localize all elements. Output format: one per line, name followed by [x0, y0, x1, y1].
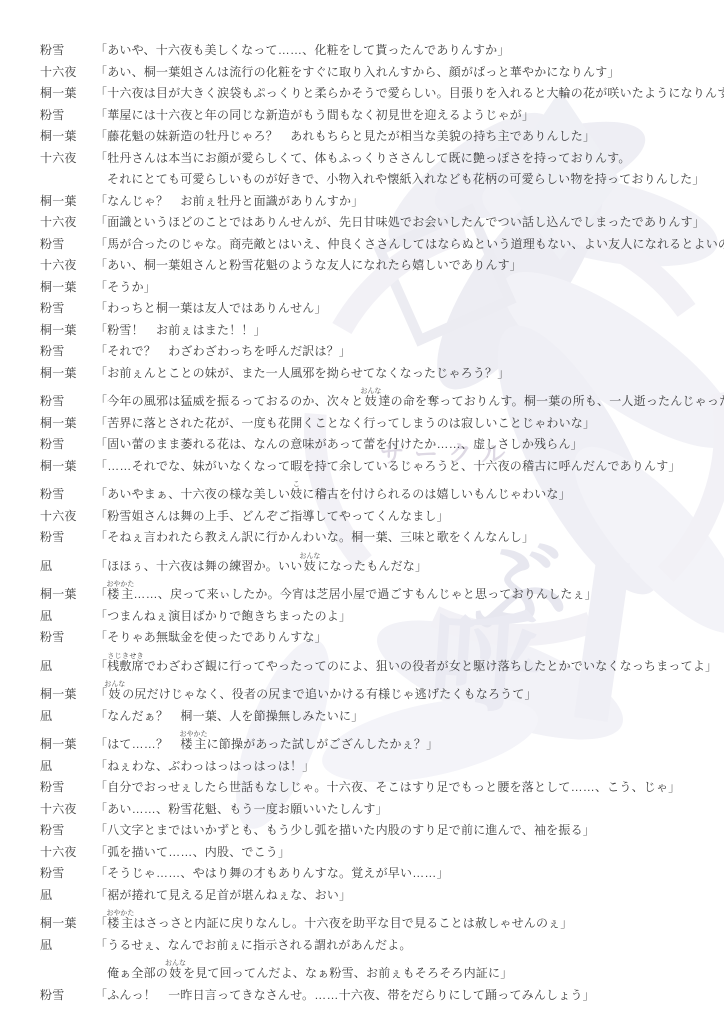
dialogue-row: 十六夜 「あい、桐一葉姐さんと粉雪花魁のような友人になれたら嬉しいでありんす」 [40, 259, 706, 273]
dialogue-row: 桐一葉 「妓おんなの尻だけじゃなく、役者の尻まで追いかける有様じゃ逃げたくもなろ… [40, 681, 706, 702]
script-page: ぶ 呼 サークル 粉雪 「あいや、十六夜も美しくなって……、化粧をして貰ったんで… [0, 0, 724, 1024]
dialogue-text: 「楼主おやかた……、戻って来ぃしたか。今宵は芝居小屋で過ごすもんじゃと思っており… [95, 581, 706, 602]
speaker-name: 粉雪 [40, 438, 95, 452]
dialogue-row: 桐一葉 「なんじゃ？ お前ぇ牡丹と面識がありんすか」 [40, 195, 706, 209]
speaker-name: 桐一葉 [40, 588, 95, 602]
furigana: 妓おんな [107, 687, 122, 701]
speaker-name: 十六夜 [40, 259, 95, 273]
speaker-name: 十六夜 [40, 66, 95, 80]
dialogue-row: 桐一葉 「苦界に落とされた花が、一度も花開くことなく行ってしまうのは寂しいことじ… [40, 417, 706, 431]
speaker-name: 粉雪 [40, 824, 95, 838]
dialogue-text: 「あいやまぁ、十六夜の様な美しい妓こに稽古を付けられるのは嬉しいもんじゃわいな」 [95, 481, 706, 502]
dialogue-text: 「粉雪姐さんは舞の上手、どんぞご指導してやってくんなまし」 [95, 510, 706, 524]
dialogue-row: 粉雪 「ふんっ！ 一昨日言ってきなさんせ。……十六夜、帯をだらりにして踊ってみん… [40, 989, 706, 1003]
speaker-name: 桐一葉 [40, 738, 95, 752]
speaker-name: 十六夜 [40, 803, 95, 817]
dialogue-text: 「なんじゃ？ お前ぇ牡丹と面識がありんすか」 [95, 195, 706, 209]
speaker-name: 凪 [40, 560, 95, 574]
speaker-name: 粉雪 [40, 345, 95, 359]
dialogue-row: 桐一葉 「藤花魁の妹新造の牡丹じゃろ？ あれもちらと見たが相当な美貌の持ち主であ… [40, 130, 706, 144]
dialogue-row: 粉雪 「あいや、十六夜も美しくなって……、化粧をして貰ったんでありんすか」 [40, 44, 706, 58]
speaker-name: 桐一葉 [40, 917, 95, 931]
speaker-name: 桐一葉 [40, 130, 95, 144]
dialogue-text: 「牡丹さんは本当にお顔が愛らしくて、体もふっくりささんして既に艶っぽさを持ってお… [95, 152, 706, 166]
dialogue-text: 「ふんっ！ 一昨日言ってきなさんせ。……十六夜、帯をだらりにして踊ってみんしょう… [95, 989, 706, 1003]
speaker-name: 粉雪 [40, 109, 95, 123]
dialogue-row: 粉雪 「それで？ わざわざわっちを呼んだ訳は？」 [40, 345, 706, 359]
dialogue-row: 凪 「うるせぇ、なんでお前ぇに指示される謂れがあんだよ。 [40, 939, 706, 953]
dialogue-text: 「なんだぁ？ 桐一葉、人を節操無しみたいに」 [95, 710, 706, 724]
dialogue-text: 「そうか」 [95, 281, 706, 295]
dialogue-row: 桐一葉 「楼主おやかた……、戻って来ぃしたか。今宵は芝居小屋で過ごすもんじゃと思… [40, 581, 706, 602]
dialogue-row: 桐一葉 「お前ぇんとことの妹が、また一人風邪を拗らせてなくなったじゃろう？」 [40, 367, 706, 381]
speaker-name: 十六夜 [40, 846, 95, 860]
dialogue-text: 「自分でおっせぇしたら世話もなしじゃ。十六夜、そこはすり足でもっと腰を落として…… [95, 781, 706, 795]
dialogue-text: 「弧を描いて……、内股、でこう」 [95, 846, 706, 860]
dialogue-text: 「華屋には十六夜と年の同じな新造がもう間もなく初見世を迎えるようじゃが」 [95, 109, 706, 123]
dialogue-text: 「苦界に落とされた花が、一度も花開くことなく行ってしまうのは寂しいことじゃわいな… [95, 417, 706, 431]
furigana: 妓おんな [302, 559, 317, 573]
speaker-name: 凪 [40, 939, 95, 953]
dialogue-row: 粉雪 「そうじゃ……、やはり舞の才もありんすな。覚えが早い……」 [40, 867, 706, 881]
speaker-name: 粉雪 [40, 867, 95, 881]
dialogue-row: 凪 「ほほぅ、十六夜は舞の練習か。いい妓おんなになったもんだな」 [40, 553, 706, 574]
speaker-name: 桐一葉 [40, 688, 95, 702]
dialogue-text: 「あい……、粉雪花魁、もう一度お願いいたしんす」 [95, 803, 706, 817]
furigana: 楼主おやかた [180, 737, 206, 751]
dialogue-row: 凪 「なんだぁ？ 桐一葉、人を節操無しみたいに」 [40, 710, 706, 724]
dialogue-row: 十六夜 「牡丹さんは本当にお顔が愛らしくて、体もふっくりささんして既に艶っぽさを… [40, 152, 706, 166]
dialogue-row: 粉雪 「馬が合ったのじゃな。商売敵とはいえ、仲良くささんしてはならぬという道理も… [40, 238, 706, 252]
dialogue-row: 粉雪 「華屋には十六夜と年の同じな新造がもう間もなく初見世を迎えるようじゃが」 [40, 109, 706, 123]
dialogue-row: 十六夜 「粉雪姐さんは舞の上手、どんぞご指導してやってくんなまし」 [40, 510, 706, 524]
dialogue-text: 「馬が合ったのじゃな。商売敵とはいえ、仲良くささんしてはならぬという道理もない、… [95, 238, 724, 252]
speaker-name: 凪 [40, 889, 95, 903]
speaker-name: 十六夜 [40, 510, 95, 524]
speaker-name: 桐一葉 [40, 367, 95, 381]
speaker-name: 粉雪 [40, 488, 95, 502]
dialogue-text: 「わっちと桐一葉は友人ではありんせん」 [95, 302, 706, 316]
furigana: 楼主おやかた [107, 587, 133, 601]
speaker-name: 桐一葉 [40, 281, 95, 295]
dialogue-text: 俺ぁ全部の妓おんなを見て回ってんだよ、なぁ粉雪、お前ぇもそろそろ内証に」 [95, 960, 706, 981]
dialogue-row: 粉雪 「八文字とまではいかずとも、もう少し弧を描いた内股のすり足で前に進んで、袖… [40, 824, 706, 838]
dialogue-text: 「桟敷席さじきせきでわざわざ観に行ってやったってのによ、狙いの役者が女と駆け落ち… [95, 653, 717, 674]
speaker-name: 桐一葉 [40, 460, 95, 474]
dialogue-text: 「それで？ わざわざわっちを呼んだ訳は？」 [95, 345, 706, 359]
dialogue-row: 十六夜 「弧を描いて……、内股、でこう」 [40, 846, 706, 860]
speaker-name: 粉雪 [40, 631, 95, 645]
furigana: 楼主おやかた [107, 916, 133, 930]
dialogue-row: 粉雪 「固い蕾のまま萎れる花は、なんの意味があって蕾を付けたか……、虚しさしか残… [40, 438, 706, 452]
dialogue-row: 粉雪 「今年の風邪は猛威を振るっておるのか、次々と妓おんな達の命を奪っておりんす… [40, 388, 706, 409]
dialogue-row: 粉雪 「自分でおっせぇしたら世話もなしじゃ。十六夜、そこはすり足でもっと腰を落と… [40, 781, 706, 795]
speaker-name: 桐一葉 [40, 195, 95, 209]
dialogue-row: 十六夜 「あい……、粉雪花魁、もう一度お願いいたしんす」 [40, 803, 706, 817]
dialogue-row: 凪 「裾が捲れて見える足首が堪んねぇな、おい」 [40, 889, 706, 903]
speaker-name: 桐一葉 [40, 417, 95, 431]
dialogue-row: 桐一葉 「……それでな、妹がいなくなって暇を持て余しているじゃろうと、十六夜の稽… [40, 460, 706, 474]
dialogue-text: 「藤花魁の妹新造の牡丹じゃろ？ あれもちらと見たが相当な美貌の持ち主でありんした… [95, 130, 706, 144]
speaker-name: 粉雪 [40, 238, 95, 252]
dialogue-text: 「裾が捲れて見える足首が堪んねぇな、おい」 [95, 889, 706, 903]
dialogue-text: 「固い蕾のまま萎れる花は、なんの意味があって蕾を付けたか……、虚しさしか残らん」 [95, 438, 706, 452]
speaker-name: 桐一葉 [40, 87, 95, 101]
dialogue-row: 十六夜 「面識というほどのことではありんせんが、先日甘味処でお会いしたんでつい話… [40, 216, 706, 230]
furigana: 妓おんな [363, 394, 378, 408]
dialogue-row: 桐一葉 「十六夜は目が大きく涙袋もぷっくりと柔らかそうで愛らしい。目張りを入れる… [40, 87, 706, 101]
dialogue-text: 「今年の風邪は猛威を振るっておるのか、次々と妓おんな達の命を奪っておりんす。桐一… [95, 388, 724, 409]
speaker-name: 凪 [40, 660, 95, 674]
dialogue-text: 「うるせぇ、なんでお前ぇに指示される謂れがあんだよ。 [95, 939, 706, 953]
dialogue-row: 凪 「ねぇわな、ぶわっはっはっはっは！」 [40, 760, 706, 774]
dialogue-text: 「妓おんなの尻だけじゃなく、役者の尻まで追いかける有様じゃ逃げたくもなろうて」 [95, 681, 706, 702]
dialogue-row: 桐一葉 「そうか」 [40, 281, 706, 295]
dialogue-row: 粉雪 「そねぇ言われたら教えん訳に行かんわいな。桐一葉、三味と歌をくんなんし」 [40, 531, 706, 545]
dialogue-text: 「あい、桐一葉姐さんと粉雪花魁のような友人になれたら嬉しいでありんす」 [95, 259, 706, 273]
dialogue-text: 「……それでな、妹がいなくなって暇を持て余しているじゃろうと、十六夜の稽古に呼ん… [95, 460, 706, 474]
dialogue-row: 粉雪 「わっちと桐一葉は友人ではありんせん」 [40, 302, 706, 316]
speaker-name: 粉雪 [40, 781, 95, 795]
dialogue-text: 「そりゃあ無駄金を使ったでありんすな」 [95, 631, 706, 645]
dialogue-text: 「楼主おやかたはさっさと内証に戻りなんし。十六夜を助平な目で見ることは赦しゃせん… [95, 910, 706, 931]
dialogue-row: 十六夜 「あい、桐一葉姐さんは流行の化粧をすぐに取り入れんすから、顔がぱっと華や… [40, 66, 706, 80]
speaker-name: 粉雪 [40, 44, 95, 58]
dialogue-row: 粉雪 「そりゃあ無駄金を使ったでありんすな」 [40, 631, 706, 645]
speaker-name: 十六夜 [40, 152, 95, 166]
speaker-name: 桐一葉 [40, 324, 95, 338]
dialogue-text: 「ねぇわな、ぶわっはっはっはっは！」 [95, 760, 706, 774]
dialogue-text: 「つまんねぇ演目ばかりで飽きちまったのよ」 [95, 610, 706, 624]
dialogue-text: 「あいや、十六夜も美しくなって……、化粧をして貰ったんでありんすか」 [95, 44, 706, 58]
speaker-name: 十六夜 [40, 216, 95, 230]
dialogue-list: 粉雪 「あいや、十六夜も美しくなって……、化粧をして貰ったんでありんすか」 十六… [0, 0, 724, 1002]
dialogue-text: 「粉雪！ お前ぇはまた！！」 [95, 324, 706, 338]
dialogue-text: 「八文字とまではいかずとも、もう少し弧を描いた内股のすり足で前に進んで、袖を振る… [95, 824, 706, 838]
dialogue-row: 凪 「つまんねぇ演目ばかりで飽きちまったのよ」 [40, 610, 706, 624]
dialogue-text: 「面識というほどのことではありんせんが、先日甘味処でお会いしたんでつい話し込んで… [95, 216, 706, 230]
speaker-name: 粉雪 [40, 395, 95, 409]
dialogue-text: それにとても可愛らしいものが好きで、小物入れや懐紙入れなども花柄の可愛らしい物を… [95, 173, 706, 187]
dialogue-row: 凪 「桟敷席さじきせきでわざわざ観に行ってやったってのによ、狙いの役者が女と駆け… [40, 653, 706, 674]
dialogue-row: 粉雪 「あいやまぁ、十六夜の様な美しい妓こに稽古を付けられるのは嬉しいもんじゃわ… [40, 481, 706, 502]
speaker-name: 粉雪 [40, 531, 95, 545]
dialogue-text: 「はて……？ 楼主おやかたに節操があった試しがござんしたかぇ？」 [95, 731, 706, 752]
speaker-name: 粉雪 [40, 302, 95, 316]
dialogue-row: 桐一葉 「粉雪！ お前ぇはまた！！」 [40, 324, 706, 338]
dialogue-text: 「あい、桐一葉姐さんは流行の化粧をすぐに取り入れんすから、顔がぱっと華やかになり… [95, 66, 706, 80]
dialogue-row: それにとても可愛らしいものが好きで、小物入れや懐紙入れなども花柄の可愛らしい物を… [40, 173, 706, 187]
dialogue-row: 桐一葉 「楼主おやかたはさっさと内証に戻りなんし。十六夜を助平な目で見ることは赦… [40, 910, 706, 931]
dialogue-row: 俺ぁ全部の妓おんなを見て回ってんだよ、なぁ粉雪、お前ぇもそろそろ内証に」 [40, 960, 706, 981]
furigana: 桟敷席さじきせき [107, 659, 144, 673]
dialogue-text: 「そうじゃ……、やはり舞の才もありんすな。覚えが早い……」 [95, 867, 706, 881]
furigana: 妓こ [290, 487, 302, 501]
speaker-name: 凪 [40, 760, 95, 774]
speaker-name: 粉雪 [40, 989, 95, 1003]
dialogue-row: 桐一葉 「はて……？ 楼主おやかたに節操があった試しがござんしたかぇ？」 [40, 731, 706, 752]
dialogue-text: 「十六夜は目が大きく涙袋もぷっくりと柔らかそうで愛らしい。目張りを入れると大輪の… [95, 87, 724, 101]
dialogue-text: 「そねぇ言われたら教えん訳に行かんわいな。桐一葉、三味と歌をくんなんし」 [95, 531, 706, 545]
dialogue-text: 「ほほぅ、十六夜は舞の練習か。いい妓おんなになったもんだな」 [95, 553, 706, 574]
dialogue-text: 「お前ぇんとことの妹が、また一人風邪を拗らせてなくなったじゃろう？」 [95, 367, 706, 381]
furigana: 妓おんな [168, 966, 183, 980]
speaker-name: 凪 [40, 610, 95, 624]
speaker-name: 凪 [40, 710, 95, 724]
